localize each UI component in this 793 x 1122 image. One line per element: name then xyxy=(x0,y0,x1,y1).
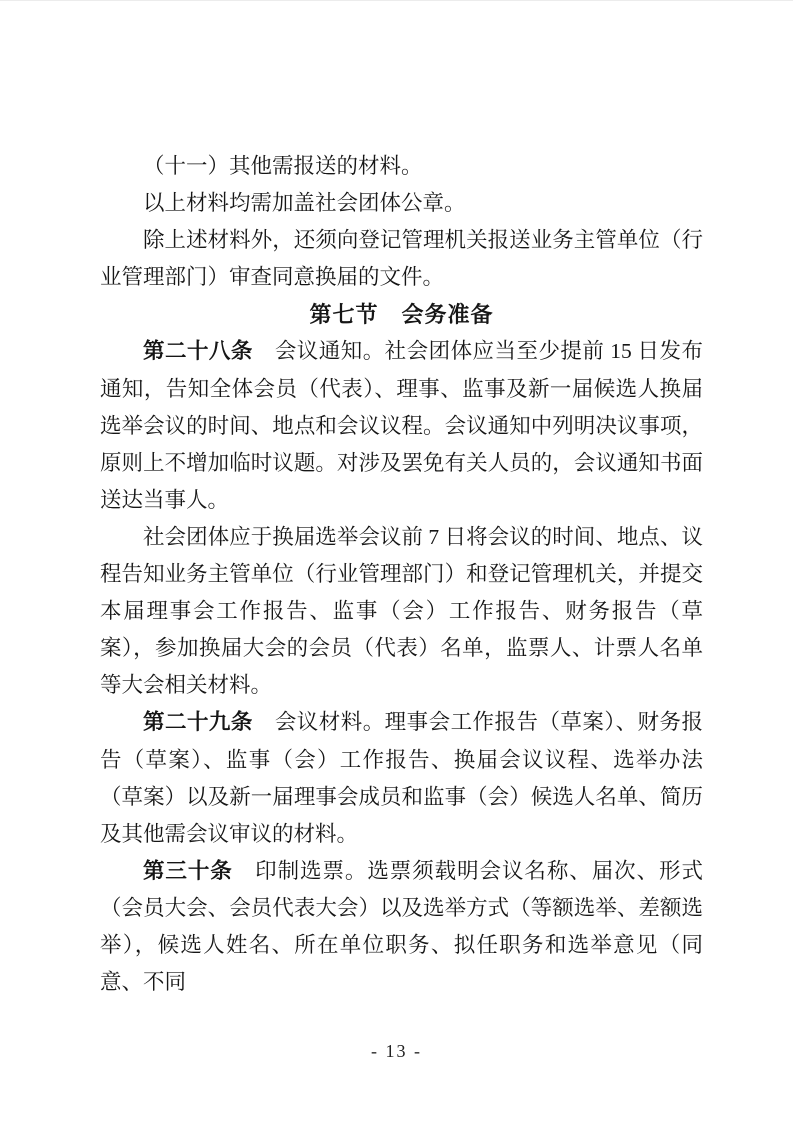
paragraph-pre-meeting-submission: 社会团体应于换届选举会议前 7 日将会议的时间、地点、议程告知业务主管单位（行业… xyxy=(100,519,703,704)
article-28-number: 第二十八条 xyxy=(143,339,253,363)
page-number: - 13 - xyxy=(371,1041,422,1061)
document-page: （十一）其他需报送的材料。 以上材料均需加盖社会团体公章。 除上述材料外，还须向… xyxy=(0,0,793,1122)
article-29-number: 第二十九条 xyxy=(143,710,253,734)
paragraph-article-29: 第二十九条 会议材料。理事会工作报告（草案）、财务报告（草案）、监事（会）工作报… xyxy=(100,704,703,852)
paragraph-seal-note: 以上材料均需加盖社会团体公章。 xyxy=(100,185,703,222)
page-footer: - 13 - xyxy=(0,1041,793,1062)
paragraph-article-30: 第三十条 印制选票。选票须载明会议名称、届次、形式（会员大会、会员代表大会）以及… xyxy=(100,853,703,1001)
document-body: （十一）其他需报送的材料。 以上材料均需加盖社会团体公章。 除上述材料外，还须向… xyxy=(100,148,703,1001)
paragraph-extra-materials: 除上述材料外，还须向登记管理机关报送业务主管单位（行业管理部门）审查同意换届的文… xyxy=(100,222,703,296)
article-30-number: 第三十条 xyxy=(143,859,233,883)
paragraph-article-28: 第二十八条 会议通知。社会团体应当至少提前 15 日发布通知，告知全体会员（代表… xyxy=(100,333,703,518)
section-heading: 第七节 会务准备 xyxy=(100,296,703,333)
article-28-text: 会议通知。社会团体应当至少提前 15 日发布通知，告知全体会员（代表）、理事、监… xyxy=(100,339,703,511)
paragraph-item-11: （十一）其他需报送的材料。 xyxy=(100,148,703,185)
